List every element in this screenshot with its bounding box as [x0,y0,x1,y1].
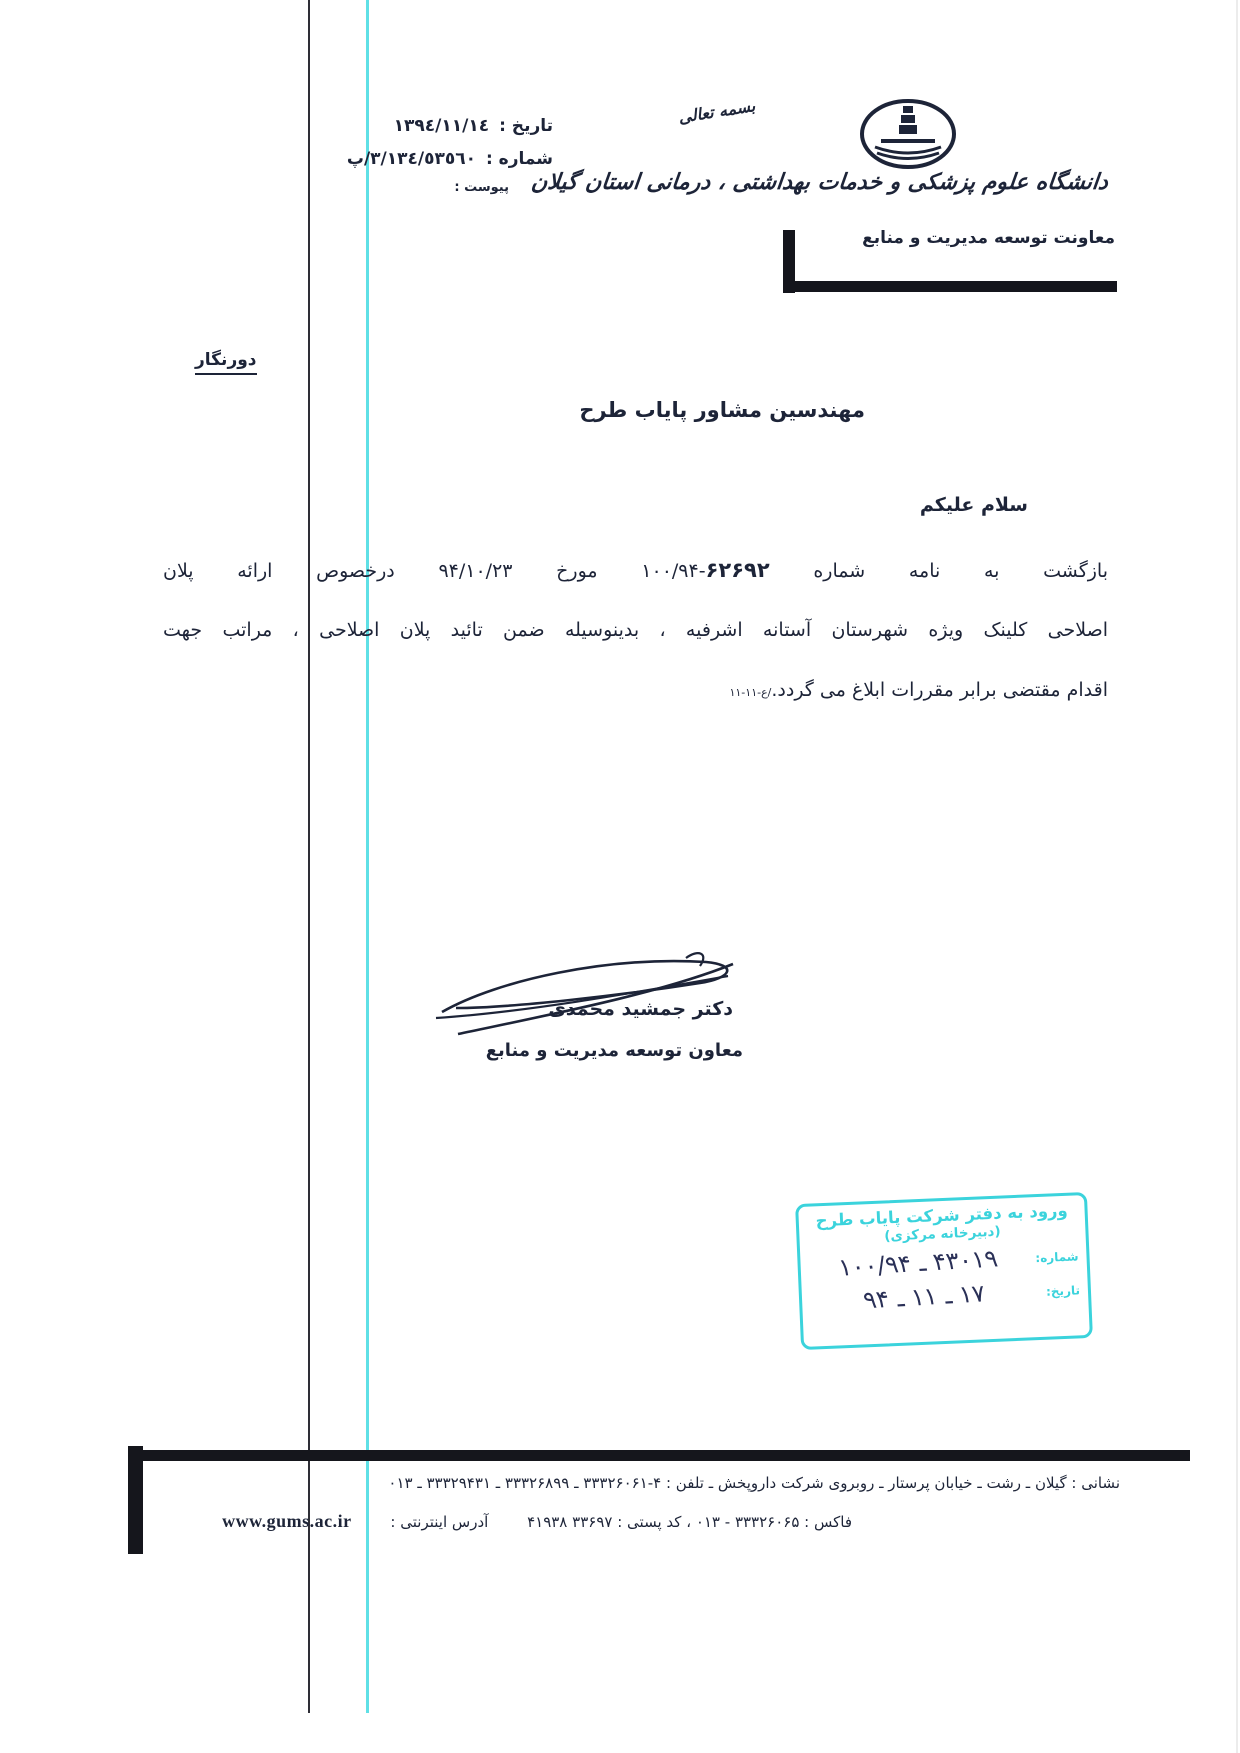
footer-rule [128,1450,1190,1461]
footer-corner-mark [128,1446,143,1554]
body-line-3: اقدام مقتضی برابر مقررات ابلاغ می گردد./… [163,660,1108,720]
date-row: تاریخ : ١٣٩٤/١١/١٤ [253,116,553,136]
reference-number-bold: ۶۲۶۹۲ [706,558,770,582]
body-line-2: اصلاحی کلینک ویژه شهرستان آستانه اشرفیه … [163,600,1108,660]
body-line1-post: درخصوص ارائه پلان [163,560,395,582]
stamp-date-row: تاریخ: ۹۴ ـ ۱۱ ـ ۱۷ [810,1276,1081,1315]
stamp-date-label: تاریخ: [1046,1283,1080,1298]
body-line3-text: اقدام مقتضی برابر مقررات ابلاغ می گردد. [771,679,1108,701]
number-value: پ/٣/١٣٤/٥٣٥٦٠ [347,149,476,169]
footer-web-label: آدرس اینترنتی : [390,1513,488,1531]
signer-name: دکتر جمشید محمدی [548,998,733,1020]
letter-meta-fields: تاریخ : ١٣٩٤/١١/١٤ شماره : پ/٣/١٣٤/٥٣٥٦٠… [253,116,553,208]
greeting: سلام علیکم [920,494,1028,516]
reference-date: ۹۴/۱۰/۲۳ [438,541,512,600]
footer-contact: فاکس : ۳۳۳۲۶۰۶۵ - ۰۱۳ ، کد پستی : ۳۳۶۹۷ … [222,1511,852,1532]
bismillah-script: بسمه تعالی [677,96,756,127]
number-row: شماره : پ/٣/١٣٤/٥٣٥٦٠ [253,149,553,169]
reference-number: ۱۰۰/۹۴-۶۲۶۹۲ [641,540,769,600]
university-emblem-icon [858,96,958,172]
footer-fax: فاکس : ۳۳۳۲۶۰۶۵ - ۰۱۳ ، [686,1513,852,1531]
attachment-label: پیوست : [454,180,509,195]
body-line1-pre: بازگشت به نامه شماره [813,560,1108,582]
body-line-1: بازگشت به نامه شماره ۱۰۰/۹۴-۶۲۶۹۲ مورخ ۹… [163,540,1108,600]
signer-title: معاون توسعه مدیریت و منابع [486,1040,743,1061]
stamp-number-label: شماره: [1035,1249,1079,1265]
stamp-number-handwritten: ۱۰۰/۹۴ ـ ۴۳۰۱۹ [807,1243,1030,1284]
footer-postal-code: کد پستی : ۳۳۶۹۷ ۴۱۹۳۸ [527,1513,681,1531]
typist-code: /ع-۱۱-۱۱ [729,686,771,699]
date-value: ١٣٩٤/١١/١٤ [394,116,489,136]
header-corner-mark-horizontal [783,281,1117,292]
fax-note: دورنگار [195,350,257,375]
footer-address: نشانی : گیلان ـ رشت ـ خیابان پرستار ـ رو… [388,1474,1120,1492]
university-name: دانشگاه علوم پزشکی و خدمات بهداشتی ، درم… [627,170,1110,195]
attachment-row: پیوست : [253,180,509,195]
number-label: شماره : [486,149,553,169]
scan-edge-artifact [1236,0,1238,1753]
letter-body: بازگشت به نامه شماره ۱۰۰/۹۴-۶۲۶۹۲ مورخ ۹… [163,540,1108,720]
department-name: معاونت توسعه مدیریت و منابع [862,228,1115,248]
incoming-registry-stamp: ورود به دفتر شرکت پایاب طرح (دبیرخانه مر… [795,1192,1093,1350]
recipient-name: مهندسین مشاور پایاب طرح [579,398,865,422]
body-line1-mid: مورخ [556,560,597,582]
stamp-number-row: شماره: ۱۰۰/۹۴ ـ ۴۳۰۱۹ [808,1242,1079,1281]
stamp-date-handwritten: ۹۴ ـ ۱۱ ـ ۱۷ [808,1276,1040,1317]
reference-number-prefix: ۱۰۰/۹۴- [641,560,705,582]
scanned-letter-page: بسمه تعالی دانشگاه علوم پزشکی و خدمات به… [0,0,1240,1753]
footer-website-link[interactable]: www.gums.ac.ir [222,1511,352,1531]
date-label: تاریخ : [499,116,553,136]
